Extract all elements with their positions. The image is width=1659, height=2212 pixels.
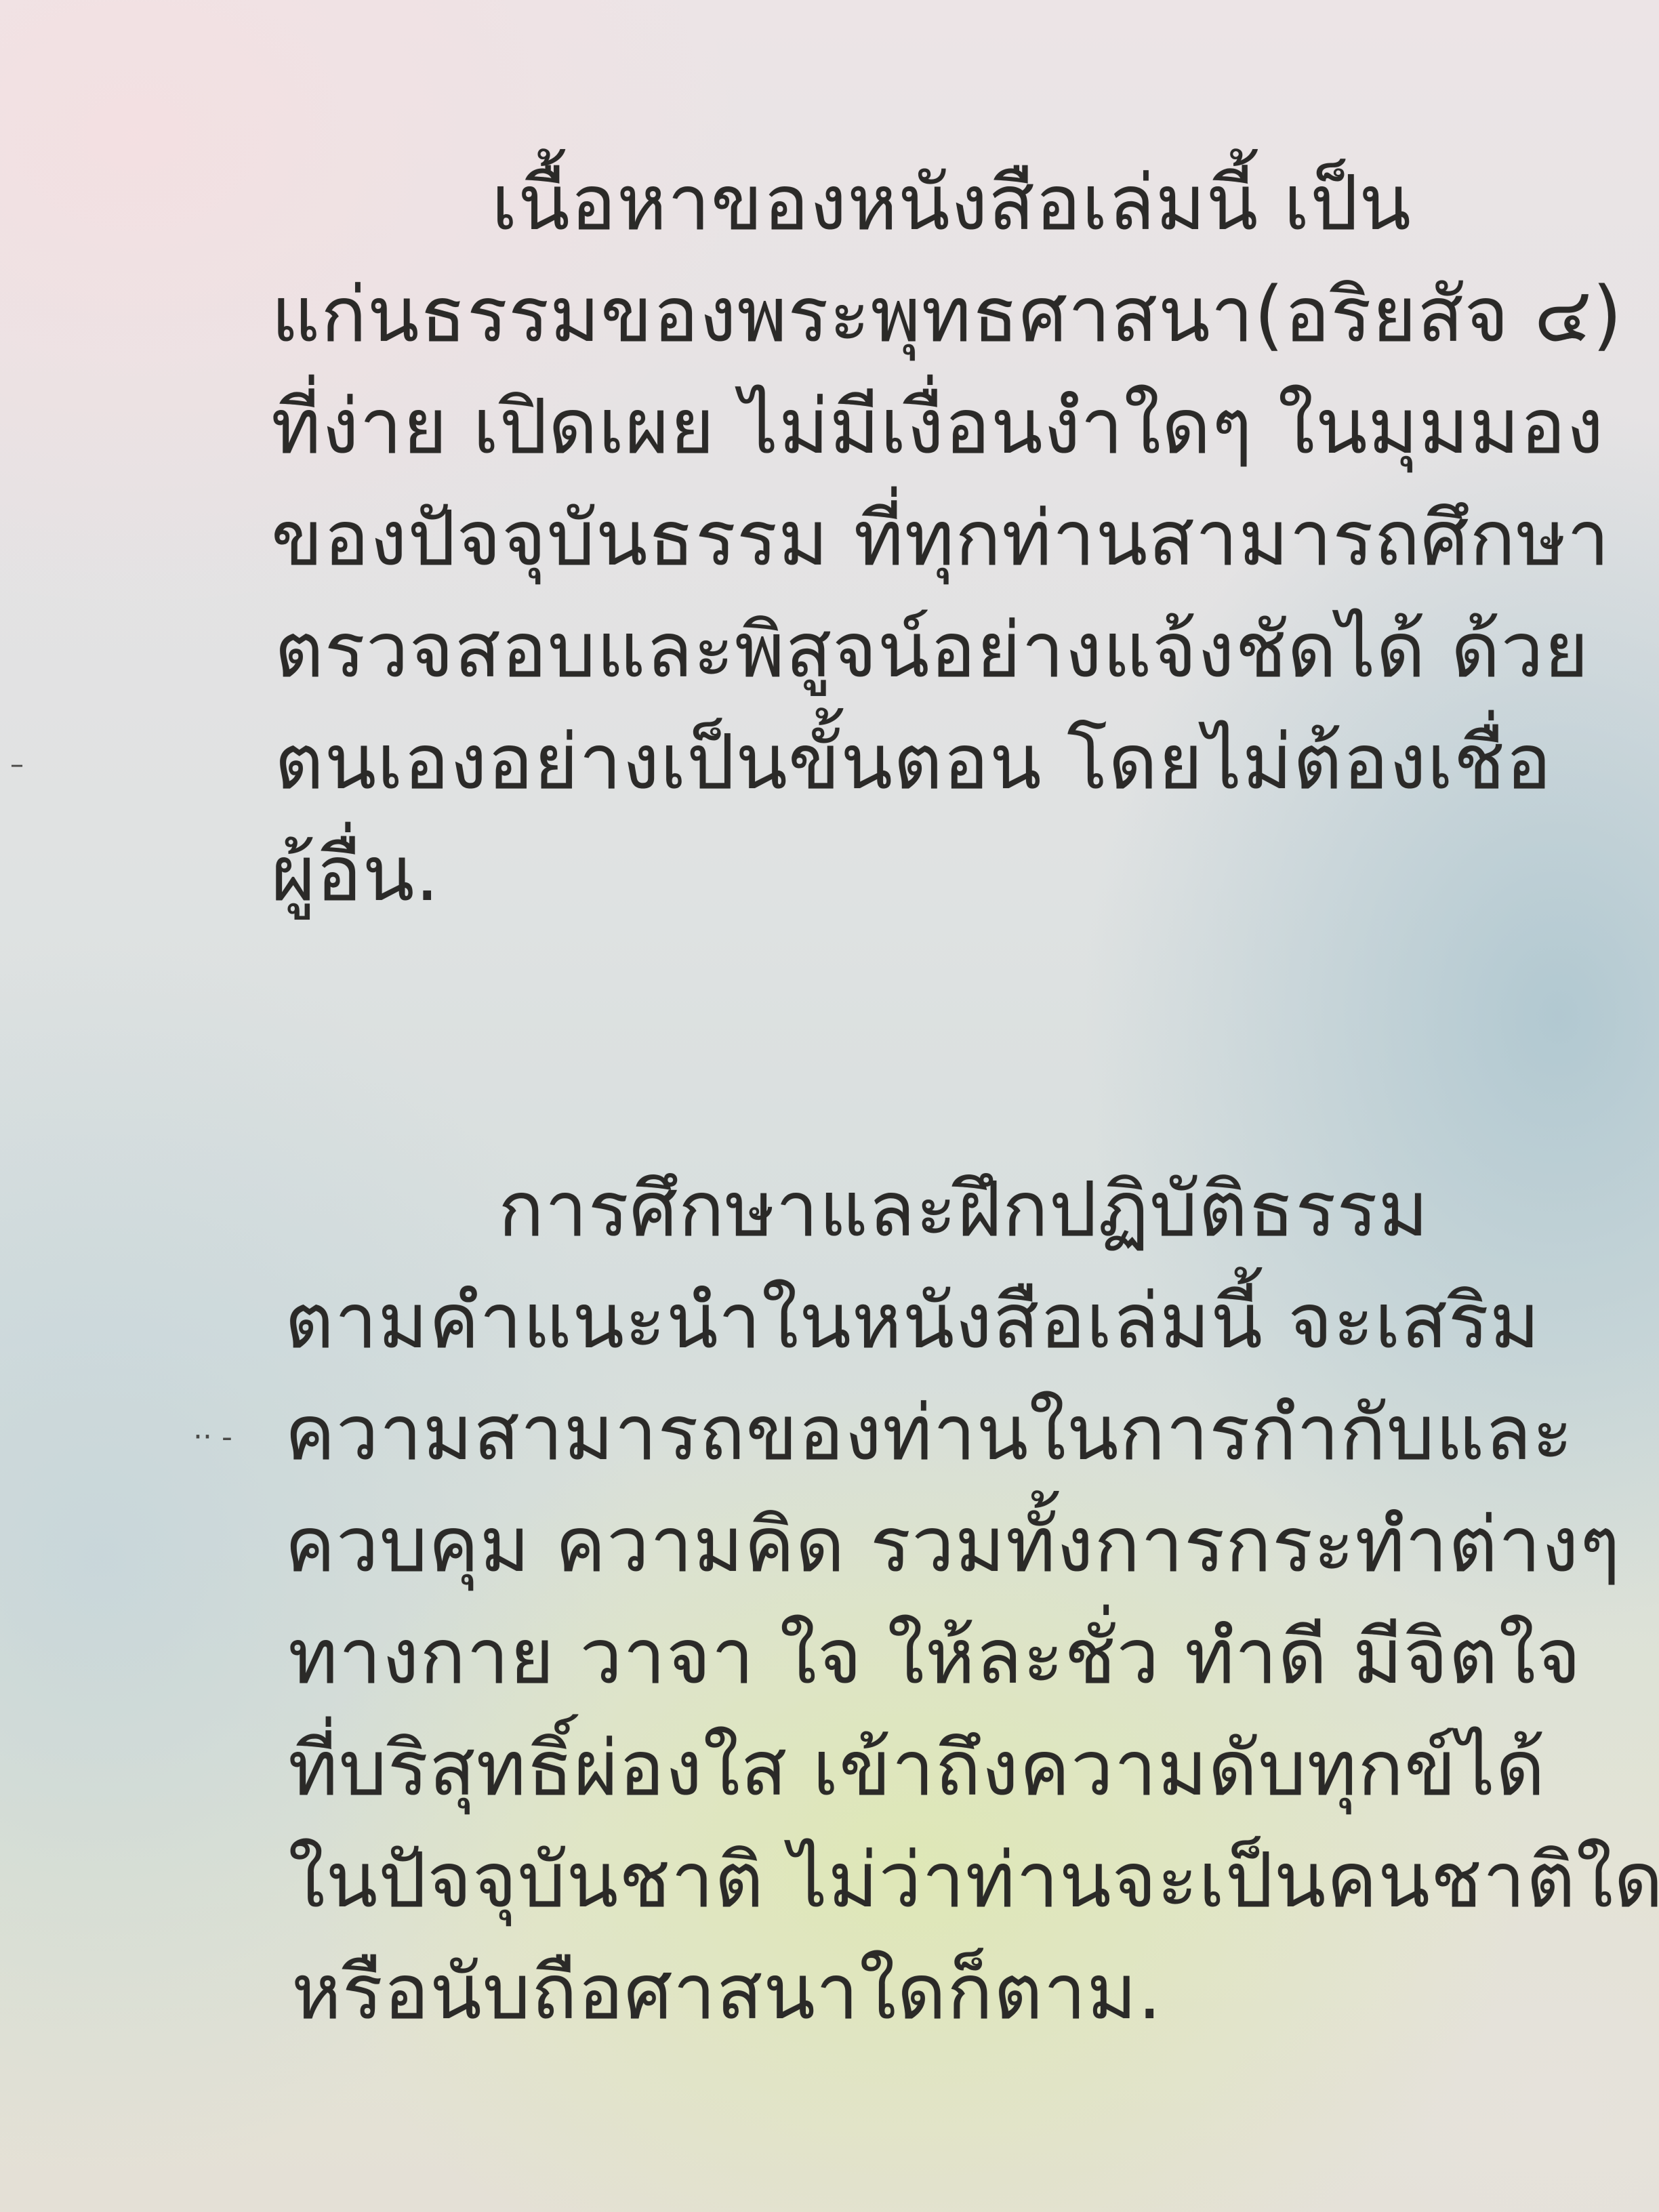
paragraph-2-line-3: ความสามารถของท่านในการกำกับและ xyxy=(285,1379,1574,1488)
paragraph-2-line-7: ในปัจจุบันชาติ ไม่ว่าท่านจะเป็นคนชาติใด xyxy=(288,1826,1659,1935)
paragraph-1-line-1: เนื้อหาของหนังสือเล่มนี้ เป็น xyxy=(491,149,1412,258)
paragraph-1-line-2: แก่นธรรมของพระพุทธศาสนา(อริยสัจ ๔) xyxy=(271,261,1622,369)
paragraph-2-line-4: ควบคุม ความคิด รวมทั้งการกระทำต่างๆ xyxy=(285,1491,1621,1599)
paragraph-1-line-3: ที่ง่าย เปิดเผย ไม่มีเงื่อนงำใดๆ ในมุมมอ… xyxy=(271,373,1604,481)
scanned-page: เนื้อหาของหนังสือเล่มนี้ เป็น แก่นธรรมขอ… xyxy=(0,0,1659,2212)
paragraph-2-line-6: ที่บริสุทธิ์ผ่องใส เข้าถึงความดับทุกข์ได… xyxy=(288,1715,1546,1823)
paragraph-2-line-8: หรือนับถือศาสนาใดก็ตาม. xyxy=(291,1938,1162,2047)
paragraph-1-line-5: ตรวจสอบและพิสูจน์อย่างแจ้งชัดได้ ด้วย xyxy=(274,596,1589,705)
paragraph-2-line-5: ทางกาย วาจา ใจ ให้ละชั่ว ทำดี มีจิตใจ xyxy=(288,1603,1582,1711)
paragraph-2-line-2: ตามคำแนะนำในหนังสือเล่มนี้ จะเสริม xyxy=(285,1267,1540,1376)
paragraph-1-line-7: ผู้อื่น. xyxy=(271,820,440,928)
paragraph-1-line-4: ของปัจจุบันธรรม ที่ทุกท่านสามารถศึกษา xyxy=(271,485,1610,593)
margin-dash-mark: – xyxy=(10,749,24,780)
paragraph-1-line-6: ตนเองอย่างเป็นขั้นตอน โดยไม่ต้องเชื่อ xyxy=(274,708,1552,817)
paragraph-2-line-1: การศึกษาและฝึกปฏิบัติธรรม xyxy=(498,1155,1429,1264)
margin-dots-mark: ·· - xyxy=(193,1420,232,1454)
